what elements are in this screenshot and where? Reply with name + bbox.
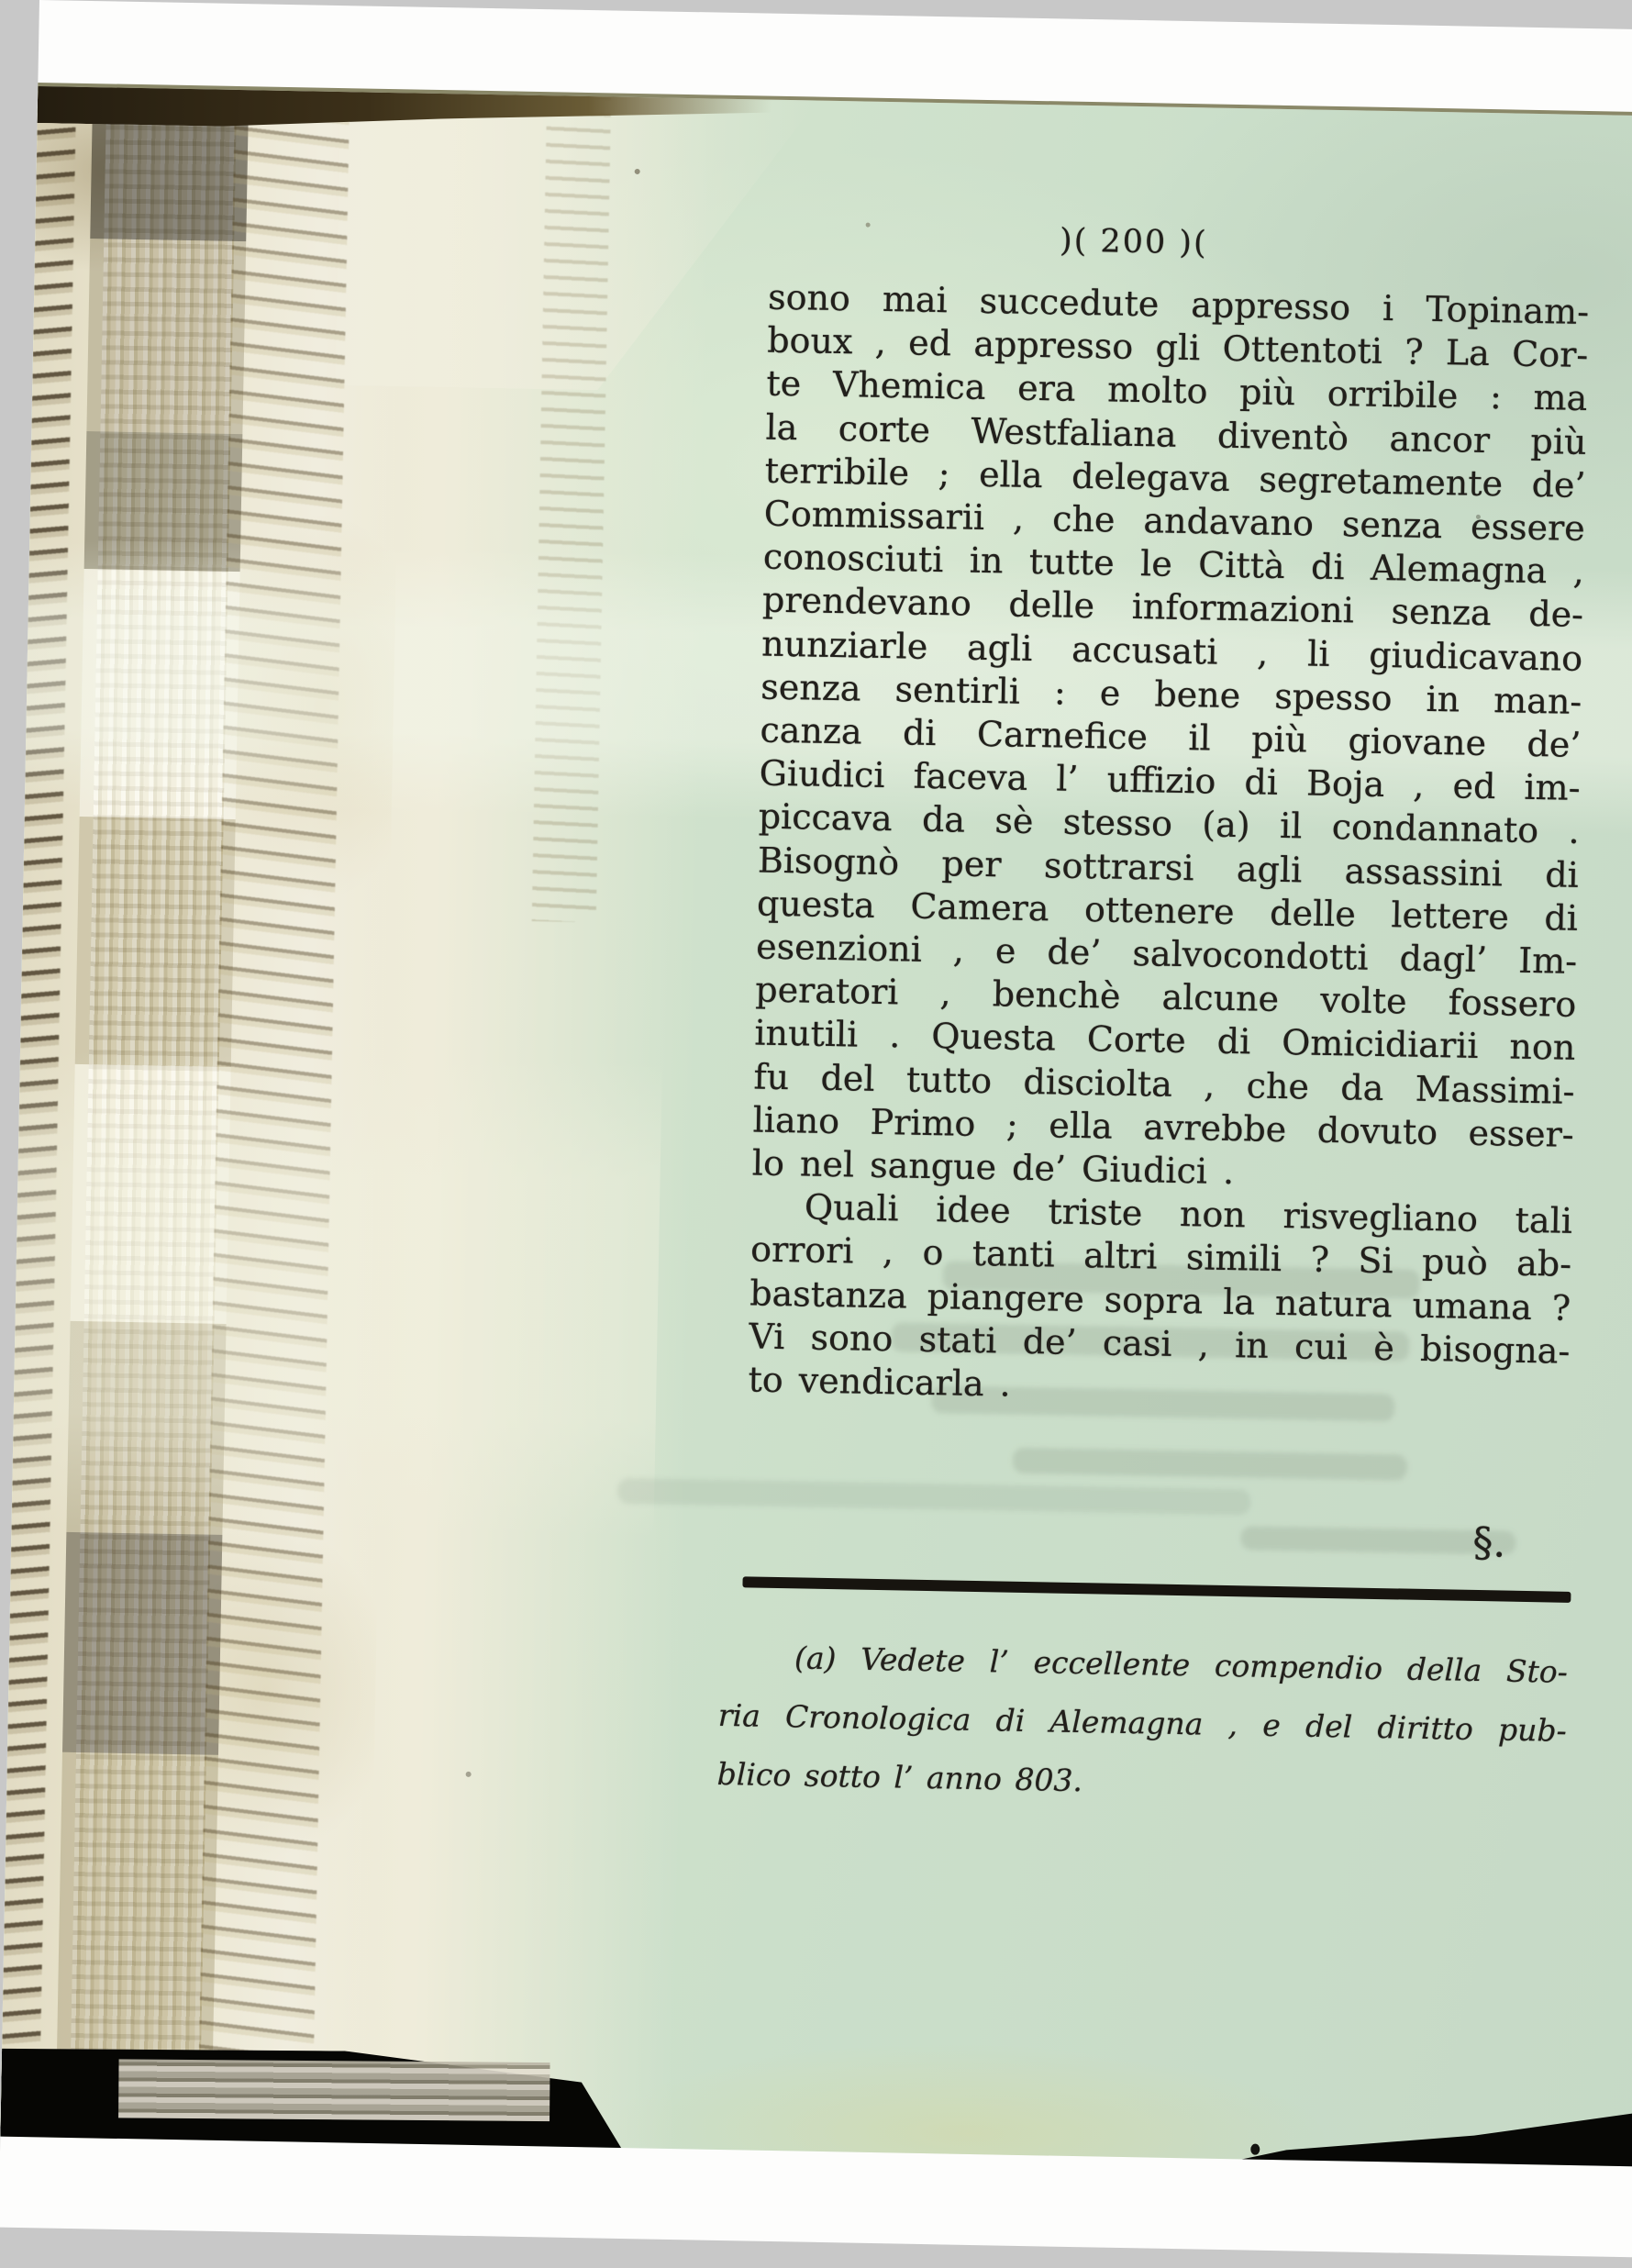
scan-light-band [12, 1050, 662, 1539]
ink-speck [866, 223, 871, 228]
scan-void-bottom-right [1234, 2095, 1632, 2167]
scan-background: )( 200 )( sono mai succedute appresso i … [0, 0, 1632, 2268]
ink-speck [466, 1772, 472, 1777]
page-edge-stack-bottom [118, 2059, 550, 2121]
book-page-photo: )( 200 )( sono mai succedute appresso i … [0, 83, 1632, 2167]
page-edge-segment [86, 239, 246, 434]
ink-speck [1476, 515, 1481, 519]
printed-text-block: )( 200 )( sono mai succedute appresso i … [740, 208, 1591, 1819]
page-edge-segment [90, 110, 249, 241]
ink-speck [1250, 2144, 1260, 2155]
page-edge-segment [62, 1532, 222, 1755]
page-edge-segment [75, 817, 236, 1067]
page-number-header: )( 200 )( [723, 215, 1545, 270]
ink-speck [635, 169, 640, 174]
footnote: (a) Vedete l’ eccellente compendio della… [716, 1628, 1568, 1819]
page-edge-segment [57, 1752, 218, 2058]
section-mark: §. [745, 1507, 1567, 1568]
rotated-scan: )( 200 )( sono mai succedute appresso i … [0, 0, 1632, 2260]
footnote-rule [742, 1577, 1571, 1604]
body-text: sono mai succedute appresso i Topinam-bo… [748, 276, 1589, 1417]
